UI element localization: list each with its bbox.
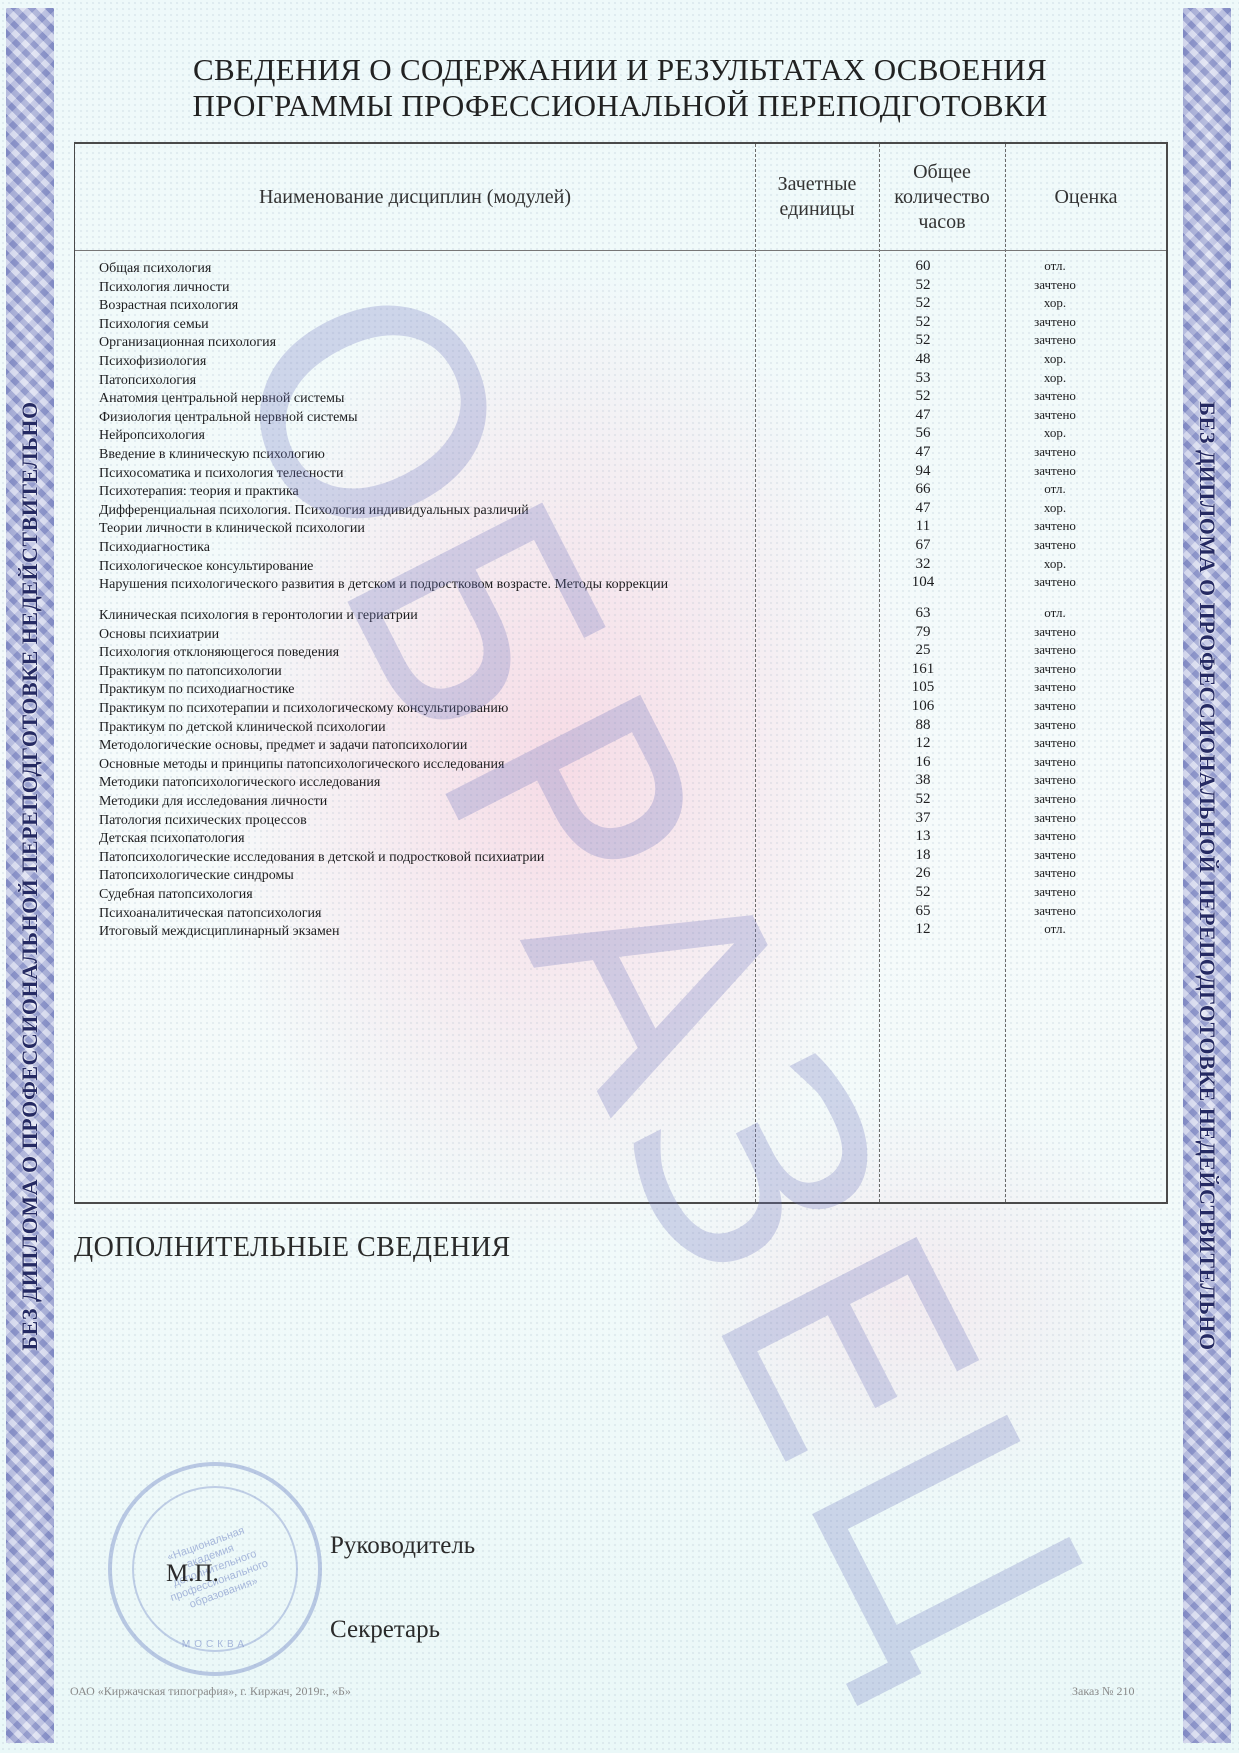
table-row: Клиническая психология в геронтологии и …	[75, 605, 1166, 624]
discipline-hours: 60	[883, 259, 963, 274]
discipline-name: Основные методы и принципы патопсихологи…	[99, 757, 739, 772]
discipline-hours: 94	[883, 464, 963, 479]
title-line-1: СВЕДЕНИЯ О СОДЕРЖАНИИ И РЕЗУЛЬТАТАХ ОСВО…	[100, 52, 1140, 88]
discipline-hours: 104	[883, 575, 963, 590]
discipline-hours: 63	[883, 606, 963, 621]
discipline-hours: 65	[883, 904, 963, 919]
table-row: Патопсихологические синдромы26зачтено	[75, 865, 1166, 884]
discipline-grade: зачтено	[1015, 277, 1095, 292]
secretary-signature-label: Секретарь	[330, 1616, 440, 1644]
table-row: Практикум по детской клинической психоло…	[75, 717, 1166, 736]
discipline-grade: отл.	[1015, 258, 1095, 273]
discipline-grade: хор.	[1015, 370, 1095, 385]
discipline-name: Патология психических процессов	[99, 813, 739, 828]
discipline-grade: зачтено	[1015, 698, 1095, 713]
table-row: Физиология центральной нервной системы47…	[75, 407, 1166, 426]
discipline-name: Основы психиатрии	[99, 627, 739, 642]
discipline-hours: 56	[883, 426, 963, 441]
table-row: Итоговый междисциплинарный экзамен12отл.	[75, 921, 1166, 940]
header-hours-line-2: количество	[894, 185, 989, 210]
table-row: Нейропсихология56хор.	[75, 425, 1166, 444]
header-discipline-name: Наименование дисциплин (модулей)	[75, 144, 755, 250]
discipline-hours: 11	[883, 519, 963, 534]
discipline-hours: 52	[883, 315, 963, 330]
discipline-name: Организационная психология	[99, 335, 739, 350]
discipline-name: Психосоматика и психология телесности	[99, 466, 739, 481]
discipline-grade: зачтено	[1015, 463, 1095, 478]
discipline-hours: 52	[883, 389, 963, 404]
discipline-hours: 161	[883, 662, 963, 677]
table-row: Практикум по психотерапии и психологичес…	[75, 698, 1166, 717]
discipline-grade: зачтено	[1015, 717, 1095, 732]
table-row: Судебная патопсихология52зачтено	[75, 884, 1166, 903]
table-row: Практикум по психодиагностике105зачтено	[75, 679, 1166, 698]
seal-place-label: М.П.	[166, 1560, 219, 1588]
discipline-grade: зачтено	[1015, 407, 1095, 422]
discipline-grade: хор.	[1015, 556, 1095, 571]
discipline-name: Судебная патопсихология	[99, 887, 739, 902]
table-row: Психотерапия: теория и практика66отл.	[75, 481, 1166, 500]
discipline-grade: зачтено	[1015, 735, 1095, 750]
header-credits: Зачетные единицы	[755, 144, 879, 250]
discipline-name: Нейропсихология	[99, 428, 739, 443]
discipline-name: Практикум по психотерапии и психологичес…	[99, 701, 739, 716]
discipline-hours: 25	[883, 643, 963, 658]
discipline-grade: зачтено	[1015, 574, 1095, 589]
discipline-grade: зачтено	[1015, 537, 1095, 552]
table-row: Анатомия центральной нервной системы52за…	[75, 388, 1166, 407]
order-number: Заказ № 210	[1072, 1684, 1135, 1699]
discipline-grade: отл.	[1015, 605, 1095, 620]
discipline-name: Патопсихологические исследования в детск…	[99, 850, 739, 865]
table-row: Возрастная психология52хор.	[75, 295, 1166, 314]
header-credits-line-1: Зачетные	[778, 172, 857, 197]
table-row: Психологическое консультирование32хор.	[75, 556, 1166, 575]
left-security-border: БЕЗ ДИПЛОМА О ПРОФЕССИОНАЛЬНОЙ ПЕРЕПОДГО…	[6, 8, 54, 1743]
table-row: Организационная психология52зачтено	[75, 332, 1166, 351]
table-row: Основы психиатрии79зачтено	[75, 624, 1166, 643]
table-row: Теории личности в клинической психологии…	[75, 518, 1166, 537]
discipline-hours: 47	[883, 445, 963, 460]
discipline-name: Методики для исследования личности	[99, 794, 739, 809]
discipline-name: Итоговый междисциплинарный экзамен	[99, 924, 739, 939]
table-row: Общая психология60отл.	[75, 258, 1166, 277]
table-row: Психоаналитическая патопсихология65зачте…	[75, 903, 1166, 922]
discipline-grade: отл.	[1015, 481, 1095, 496]
table-body: Общая психология60отл.Психология личност…	[75, 258, 1166, 940]
discipline-name: Практикум по психодиагностике	[99, 682, 739, 697]
discipline-name: Психология отклоняющегося поведения	[99, 645, 739, 660]
table-row: Методики патопсихологического исследован…	[75, 772, 1166, 791]
discipline-name: Патопсихология	[99, 373, 739, 388]
table-row: Психология семьи52зачтено	[75, 314, 1166, 333]
discipline-hours: 79	[883, 625, 963, 640]
discipline-name: Методологические основы, предмет и задач…	[99, 738, 739, 753]
table-row: Нарушения психологического развития в де…	[75, 574, 1166, 605]
discipline-name: Психология личности	[99, 280, 739, 295]
discipline-name: Патопсихологические синдромы	[99, 868, 739, 883]
table-row: Практикум по патопсихологии161зачтено	[75, 661, 1166, 680]
discipline-hours: 52	[883, 792, 963, 807]
discipline-grade: зачтено	[1015, 772, 1095, 787]
discipline-hours: 37	[883, 811, 963, 826]
discipline-grade: зачтено	[1015, 642, 1095, 657]
discipline-name: Практикум по патопсихологии	[99, 664, 739, 679]
discipline-hours: 105	[883, 680, 963, 695]
discipline-hours: 32	[883, 557, 963, 572]
discipline-name: Физиология центральной нервной системы	[99, 410, 739, 425]
discipline-hours: 38	[883, 773, 963, 788]
discipline-grade: хор.	[1015, 500, 1095, 515]
title-line-2: ПРОГРАММЫ ПРОФЕССИОНАЛЬНОЙ ПЕРЕПОДГОТОВК…	[100, 88, 1140, 124]
discipline-grade: зачтено	[1015, 828, 1095, 843]
discipline-name: Теории личности в клинической психологии	[99, 521, 739, 536]
discipline-name: Психология семьи	[99, 317, 739, 332]
table-row: Психодиагностика67зачтено	[75, 537, 1166, 556]
discipline-hours: 12	[883, 736, 963, 751]
discipline-name: Клиническая психология в геронтологии и …	[99, 608, 739, 623]
discipline-name: Детская психопатология	[99, 831, 739, 846]
discipline-name: Анатомия центральной нервной системы	[99, 391, 739, 406]
discipline-hours: 52	[883, 333, 963, 348]
discipline-grade: зачтено	[1015, 388, 1095, 403]
header-grade: Оценка	[1005, 144, 1167, 250]
header-hours-line-1: Общее	[894, 160, 989, 185]
discipline-grade: зачтено	[1015, 518, 1095, 533]
table-row: Детская психопатология13зачтено	[75, 828, 1166, 847]
discipline-grade: зачтено	[1015, 314, 1095, 329]
table-row: Патология психических процессов37зачтено	[75, 810, 1166, 829]
table-row: Психология личности52зачтено	[75, 277, 1166, 296]
left-border-text: БЕЗ ДИПЛОМА О ПРОФЕССИОНАЛЬНОЙ ПЕРЕПОДГО…	[17, 401, 43, 1350]
discipline-grade: зачтено	[1015, 810, 1095, 825]
discipline-grade: зачтено	[1015, 754, 1095, 769]
discipline-grade: отл.	[1015, 921, 1095, 936]
head-signature-label: Руководитель	[330, 1532, 475, 1560]
discipline-hours: 52	[883, 278, 963, 293]
discipline-grade: зачтено	[1015, 847, 1095, 862]
discipline-name: Психотерапия: теория и практика	[99, 484, 739, 499]
discipline-name: Введение в клиническую психологию	[99, 447, 739, 462]
discipline-hours: 53	[883, 371, 963, 386]
table-row: Дифференциальная психология. Психология …	[75, 500, 1166, 519]
additional-info-title: ДОПОЛНИТЕЛЬНЫЕ СВЕДЕНИЯ	[74, 1232, 511, 1264]
discipline-name: Психодиагностика	[99, 540, 739, 555]
table-row: Патопсихология53хор.	[75, 370, 1166, 389]
header-total-hours: Общее количество часов	[879, 144, 1005, 250]
discipline-grade: хор.	[1015, 351, 1095, 366]
stamp-city: МОСКВА	[112, 1639, 318, 1650]
table-row: Методологические основы, предмет и задач…	[75, 735, 1166, 754]
discipline-grade: зачтено	[1015, 624, 1095, 639]
table-row: Методики для исследования личности52зачт…	[75, 791, 1166, 810]
discipline-grade: зачтено	[1015, 884, 1095, 899]
discipline-name: Нарушения психологического развития в де…	[99, 577, 739, 592]
document-title: СВЕДЕНИЯ О СОДЕРЖАНИИ И РЕЗУЛЬТАТАХ ОСВО…	[100, 52, 1140, 124]
discipline-name: Психоаналитическая патопсихология	[99, 906, 739, 921]
table-row: Психосоматика и психология телесности94з…	[75, 463, 1166, 482]
table-row: Психология отклоняющегося поведения25зач…	[75, 642, 1166, 661]
discipline-name: Психологическое консультирование	[99, 559, 739, 574]
discipline-grade: зачтено	[1015, 791, 1095, 806]
discipline-hours: 16	[883, 755, 963, 770]
discipline-grade: зачтено	[1015, 865, 1095, 880]
discipline-grade: хор.	[1015, 425, 1095, 440]
discipline-hours: 26	[883, 866, 963, 881]
table-row: Основные методы и принципы патопсихологи…	[75, 754, 1166, 773]
discipline-hours: 88	[883, 718, 963, 733]
discipline-hours: 52	[883, 296, 963, 311]
discipline-hours: 106	[883, 699, 963, 714]
discipline-hours: 12	[883, 922, 963, 937]
discipline-grade: зачтено	[1015, 332, 1095, 347]
discipline-hours: 47	[883, 408, 963, 423]
discipline-grade: хор.	[1015, 295, 1095, 310]
header-credits-line-2: единицы	[778, 197, 857, 222]
table-row: Патопсихологические исследования в детск…	[75, 847, 1166, 866]
discipline-name: Возрастная психология	[99, 298, 739, 313]
discipline-grade: зачтено	[1015, 444, 1095, 459]
discipline-name: Дифференциальная психология. Психология …	[99, 503, 739, 518]
discipline-hours: 18	[883, 848, 963, 863]
right-security-border: БЕЗ ДИПЛОМА О ПРОФЕССИОНАЛЬНОЙ ПЕРЕПОДГО…	[1183, 8, 1231, 1743]
header-divider	[75, 250, 1166, 251]
discipline-hours: 48	[883, 352, 963, 367]
discipline-grade: зачтено	[1015, 661, 1095, 676]
discipline-hours: 47	[883, 501, 963, 516]
printer-imprint: ОАО «Киржачская типография», г. Киржач, …	[70, 1684, 351, 1699]
discipline-hours: 52	[883, 885, 963, 900]
discipline-grade: зачтено	[1015, 679, 1095, 694]
right-border-text: БЕЗ ДИПЛОМА О ПРОФЕССИОНАЛЬНОЙ ПЕРЕПОДГО…	[1194, 401, 1220, 1350]
discipline-grade: зачтено	[1015, 903, 1095, 918]
header-hours-line-3: часов	[894, 210, 989, 235]
discipline-hours: 67	[883, 538, 963, 553]
discipline-hours: 66	[883, 482, 963, 497]
discipline-name: Общая психология	[99, 261, 739, 276]
discipline-hours: 13	[883, 829, 963, 844]
discipline-name: Психофизиология	[99, 354, 739, 369]
table-row: Психофизиология48хор.	[75, 351, 1166, 370]
discipline-name: Методики патопсихологического исследован…	[99, 775, 739, 790]
discipline-name: Практикум по детской клинической психоло…	[99, 720, 739, 735]
table-row: Введение в клиническую психологию47зачте…	[75, 444, 1166, 463]
disciplines-table: Наименование дисциплин (модулей) Зачетны…	[74, 142, 1168, 1204]
